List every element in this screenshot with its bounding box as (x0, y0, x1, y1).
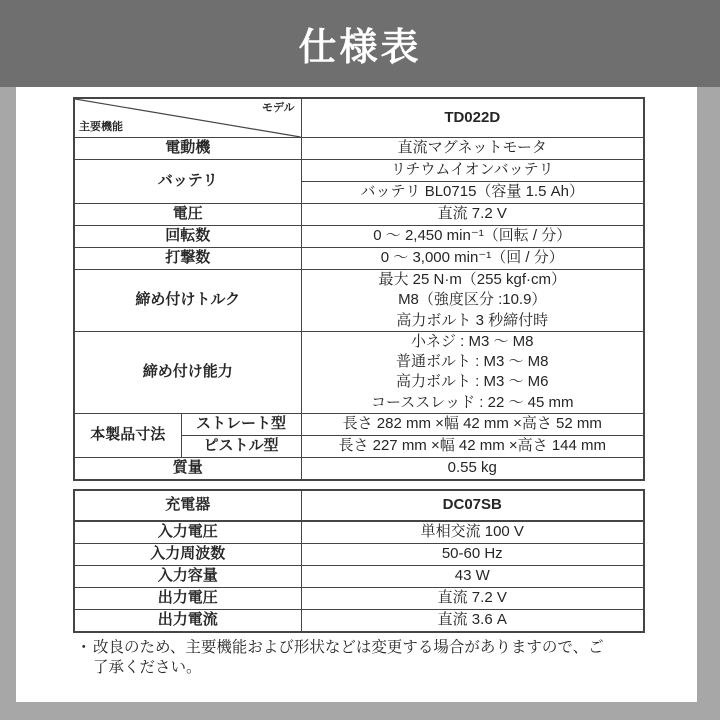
row-label: 打撃数 (74, 248, 301, 270)
row-value: 長さ 227 mm ×幅 42 mm ×高さ 144 mm (301, 435, 644, 457)
row-value: 0.55 kg (301, 457, 644, 480)
spec-row-torque: 締め付けトルク 最大 25 N·m（255 kgf·cm） M8（強度区分 :1… (74, 270, 644, 332)
row-label: 電動機 (74, 138, 301, 160)
charger-row-input-capacity: 入力容量 43 W (74, 565, 644, 587)
row-value: 直流 7.2 V (301, 587, 644, 609)
value-line: 高力ボルト 3 秒締付時 (306, 311, 640, 331)
spec-header-row: モデル 主要機能 TD022D (74, 98, 644, 138)
row-label: 充電器 (74, 490, 301, 521)
row-label: バッテリ (74, 160, 301, 204)
row-value: リチウムイオンバッテリ (301, 160, 644, 182)
page-title: 仕様表 (298, 16, 421, 71)
value-line: M8（強度区分 :10.9） (306, 290, 640, 310)
row-label: 出力電流 (74, 609, 301, 632)
spec-table: モデル 主要機能 TD022D 電動機 直流マグネットモータ バッテリ リチウム… (73, 97, 645, 481)
charger-row-input-frequency: 入力周波数 50-60 Hz (74, 543, 644, 565)
value-line: 小ネジ : M3 ～ M8 (306, 332, 640, 352)
content-area: モデル 主要機能 TD022D 電動機 直流マグネットモータ バッテリ リチウム… (16, 87, 697, 702)
value-line: コーススレッド : 22 ～ 45 mm (306, 393, 640, 413)
row-value: 0 ～ 2,450 min⁻¹（回転 / 分） (301, 226, 644, 248)
row-sublabel: ストレート型 (181, 413, 301, 435)
spec-row-motor: 電動機 直流マグネットモータ (74, 138, 644, 160)
spec-row-dimensions-straight: 本製品寸法 ストレート型 長さ 282 mm ×幅 42 mm ×高さ 52 m… (74, 413, 644, 435)
charger-table: 充電器 DC07SB 入力電圧 単相交流 100 V 入力周波数 50-60 H… (73, 489, 645, 633)
title-banner: 仕様表 (0, 0, 720, 87)
value-line: 最大 25 N·m（255 kgf·cm） (306, 270, 640, 290)
footnote-bullet: ・ (76, 638, 93, 678)
charger-row-input-voltage: 入力電圧 単相交流 100 V (74, 521, 644, 544)
row-value: 直流 3.6 A (301, 609, 644, 632)
value-line: 普通ボルト : M3 ～ M8 (306, 352, 640, 372)
spec-row-battery: バッテリ リチウムイオンバッテリ (74, 160, 644, 182)
value-line: 高力ボルト : M3 ～ M6 (306, 372, 640, 392)
spec-row-weight: 質量 0.55 kg (74, 457, 644, 480)
footnote-line-1: 改良のため、主要機能および形状などは変更する場合がありますので、ご (93, 638, 604, 658)
footnote: ・ 改良のため、主要機能および形状などは変更する場合がありますので、ご 了承くだ… (76, 638, 676, 678)
row-value: 0 ～ 3,000 min⁻¹（回 / 分） (301, 248, 644, 270)
footnote-text: 改良のため、主要機能および形状などは変更する場合がありますので、ご 了承ください… (93, 638, 604, 678)
row-label: 電圧 (74, 204, 301, 226)
row-label: 本製品寸法 (74, 413, 181, 457)
row-value: 50-60 Hz (301, 543, 644, 565)
charger-row-model: 充電器 DC07SB (74, 490, 644, 521)
table-corner-cell: モデル 主要機能 (74, 98, 301, 138)
row-value: バッテリ BL0715（容量 1.5 Ah） (301, 182, 644, 204)
row-value: 小ネジ : M3 ～ M8 普通ボルト : M3 ～ M8 高力ボルト : M3… (301, 331, 644, 413)
corner-label-functions: 主要機能 (79, 120, 123, 135)
charger-row-output-voltage: 出力電圧 直流 7.2 V (74, 587, 644, 609)
row-label: 入力容量 (74, 565, 301, 587)
spec-row-voltage: 電圧 直流 7.2 V (74, 204, 644, 226)
row-label: 締め付け能力 (74, 331, 301, 413)
row-label: 質量 (74, 457, 301, 480)
row-label: 入力電圧 (74, 521, 301, 544)
corner-label-model: モデル (262, 101, 294, 116)
row-value: 最大 25 N·m（255 kgf·cm） M8（強度区分 :10.9） 高力ボ… (301, 270, 644, 332)
charger-row-output-current: 出力電流 直流 3.6 A (74, 609, 644, 632)
model-number: TD022D (301, 98, 644, 138)
footnote-line-2: 了承ください。 (93, 658, 604, 678)
row-value: 直流マグネットモータ (301, 138, 644, 160)
row-value: 長さ 282 mm ×幅 42 mm ×高さ 52 mm (301, 413, 644, 435)
row-label: 出力電圧 (74, 587, 301, 609)
spec-row-rpm: 回転数 0 ～ 2,450 min⁻¹（回転 / 分） (74, 226, 644, 248)
spec-row-impact-rate: 打撃数 0 ～ 3,000 min⁻¹（回 / 分） (74, 248, 644, 270)
row-value: 43 W (301, 565, 644, 587)
row-label: 入力周波数 (74, 543, 301, 565)
row-value: 直流 7.2 V (301, 204, 644, 226)
charger-model-number: DC07SB (301, 490, 644, 521)
row-label: 締め付けトルク (74, 270, 301, 332)
spec-row-capacity: 締め付け能力 小ネジ : M3 ～ M8 普通ボルト : M3 ～ M8 高力ボ… (74, 331, 644, 413)
row-label: 回転数 (74, 226, 301, 248)
row-value: 単相交流 100 V (301, 521, 644, 544)
row-sublabel: ピストル型 (181, 435, 301, 457)
